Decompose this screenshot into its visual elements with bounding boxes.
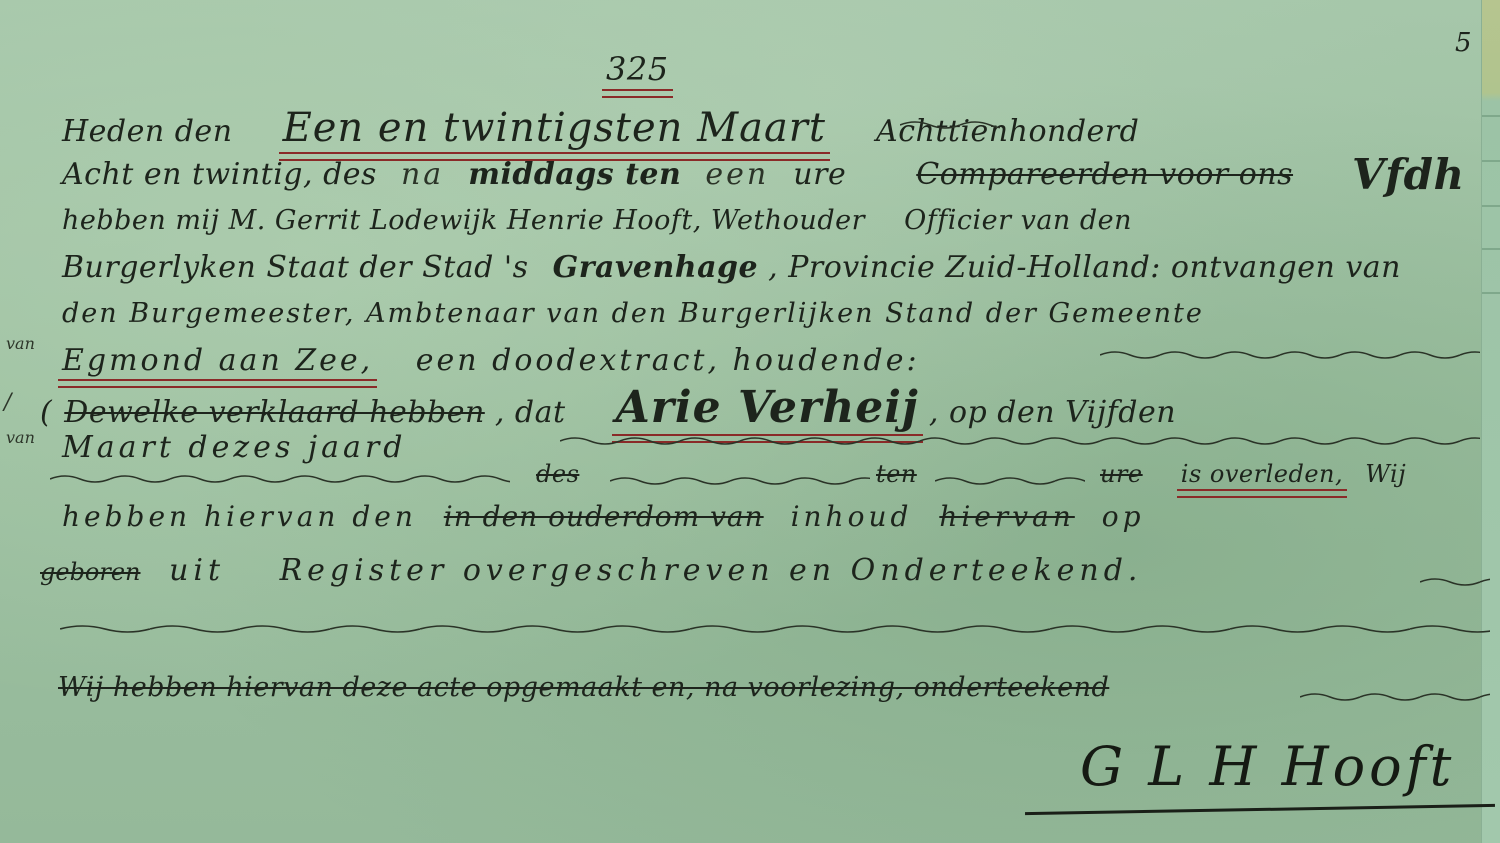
burgemeester-text: den Burgemeester, Ambtenaar van den Burg…	[62, 298, 1204, 329]
date-year-part2: Acht en twintig, des	[62, 157, 377, 192]
word-na: na	[401, 157, 444, 192]
word-uit: uit	[169, 553, 225, 588]
phrase-heden-den: Heden den	[62, 114, 233, 149]
struck-hiervan: hiervan	[939, 500, 1075, 533]
struck-ten: ten	[876, 460, 917, 488]
record-line-4: Burgerlyken Staat der Stad 's Gravenhage…	[62, 250, 1415, 285]
word-op: op	[1102, 500, 1145, 533]
registrar-signature: G L H Hooft	[1080, 735, 1455, 798]
struck-ouderdom: in den ouderdom van	[444, 500, 764, 533]
margin-note-slash: /	[4, 390, 11, 415]
word-wij: Wij	[1365, 460, 1406, 488]
word-inhoud: inhoud	[791, 500, 913, 533]
extract-text: een doodextract, houdende:	[416, 343, 920, 378]
word-ure: ure	[793, 157, 846, 192]
record-line-9c: ure is overleden, Wij	[1100, 460, 1420, 488]
margin-note-van-1: van	[6, 334, 35, 353]
filler-wave	[50, 472, 510, 486]
filler-wave	[1100, 348, 1480, 362]
filler-wave	[900, 118, 1000, 132]
record-line-8: Maart dezes jaard	[62, 430, 421, 465]
deceased-name: Arie Verheij	[616, 382, 919, 433]
filler-wave	[1300, 690, 1490, 704]
record-line-5: den Burgemeester, Ambtenaar van den Burg…	[62, 298, 1218, 329]
margin-initials: Vfdh	[1352, 150, 1465, 199]
struck-compareerden: Compareerden voor ons	[916, 157, 1293, 192]
signature-flourish	[1025, 804, 1495, 815]
open-paren: (	[40, 395, 52, 430]
word-middags-ten: middags ten	[468, 157, 681, 192]
page-number: 5	[1455, 28, 1472, 58]
margin-note-van-2: van	[6, 428, 35, 447]
filler-wave	[1420, 575, 1490, 589]
filler-wave	[935, 474, 1085, 488]
city-prefix: Burgerlyken Staat der Stad 's	[62, 250, 529, 285]
death-date-day: , op den Vijfden	[929, 395, 1176, 430]
word-dat: , dat	[495, 395, 566, 430]
officer-name: hebben mij M. Gerrit Lodewijk Henrie Hoo…	[62, 205, 865, 236]
act-number-text: 325	[606, 50, 669, 88]
register-phrase: Register overgeschreven en Onderteekend.	[280, 553, 1143, 588]
officer-title: Officier van den	[904, 205, 1132, 236]
record-line-9: des	[536, 460, 593, 488]
city-gravenhage: Gravenhage	[553, 250, 759, 285]
record-line-9b: ten	[876, 460, 931, 488]
record-line-11: geboren ons uit Register overgeschreven …	[40, 553, 1156, 588]
word-een: een	[705, 157, 769, 192]
struck-des: des	[536, 460, 579, 488]
word-is-overleden: is overleden,	[1181, 460, 1343, 488]
record-line-2: Acht en twintig, des na middags ten een …	[62, 157, 1307, 192]
struck-geboren: geboren	[40, 558, 141, 586]
death-month-year: Maart dezes jaard	[62, 430, 407, 465]
province-text: , Provincie Zuid-Holland: ontvangen van	[768, 250, 1401, 285]
page-edge	[1481, 0, 1500, 843]
record-line-7: ( Dewelke verklaard hebben , dat Arie Ve…	[40, 382, 1190, 433]
struck-dewelke: Dewelke verklaard hebben	[64, 395, 485, 430]
filler-wave	[560, 434, 1480, 448]
date-day: Een en twintigsten Maart	[283, 105, 826, 151]
phrase-hebben-hiervan: hebben hiervan den	[62, 500, 417, 533]
record-line-6: Egmond aan Zee, een doodextract, houdend…	[62, 343, 934, 378]
struck-ure: ure	[1100, 460, 1143, 488]
place-egmond-aan-zee: Egmond aan Zee,	[62, 343, 373, 378]
record-line-10: hebben hiervan den in den ouderdom van i…	[62, 500, 1159, 533]
filler-wave	[610, 474, 870, 488]
record-line-3: hebben mij M. Gerrit Lodewijk Henrie Hoo…	[62, 205, 1146, 236]
record-line-12: Wij hebben hiervan deze acte opgemaakt e…	[58, 672, 1123, 703]
act-number: 325	[606, 50, 683, 88]
struck-closing-formula: Wij hebben hiervan deze acte opgemaakt e…	[58, 672, 1109, 703]
separator-wave	[60, 622, 1490, 636]
